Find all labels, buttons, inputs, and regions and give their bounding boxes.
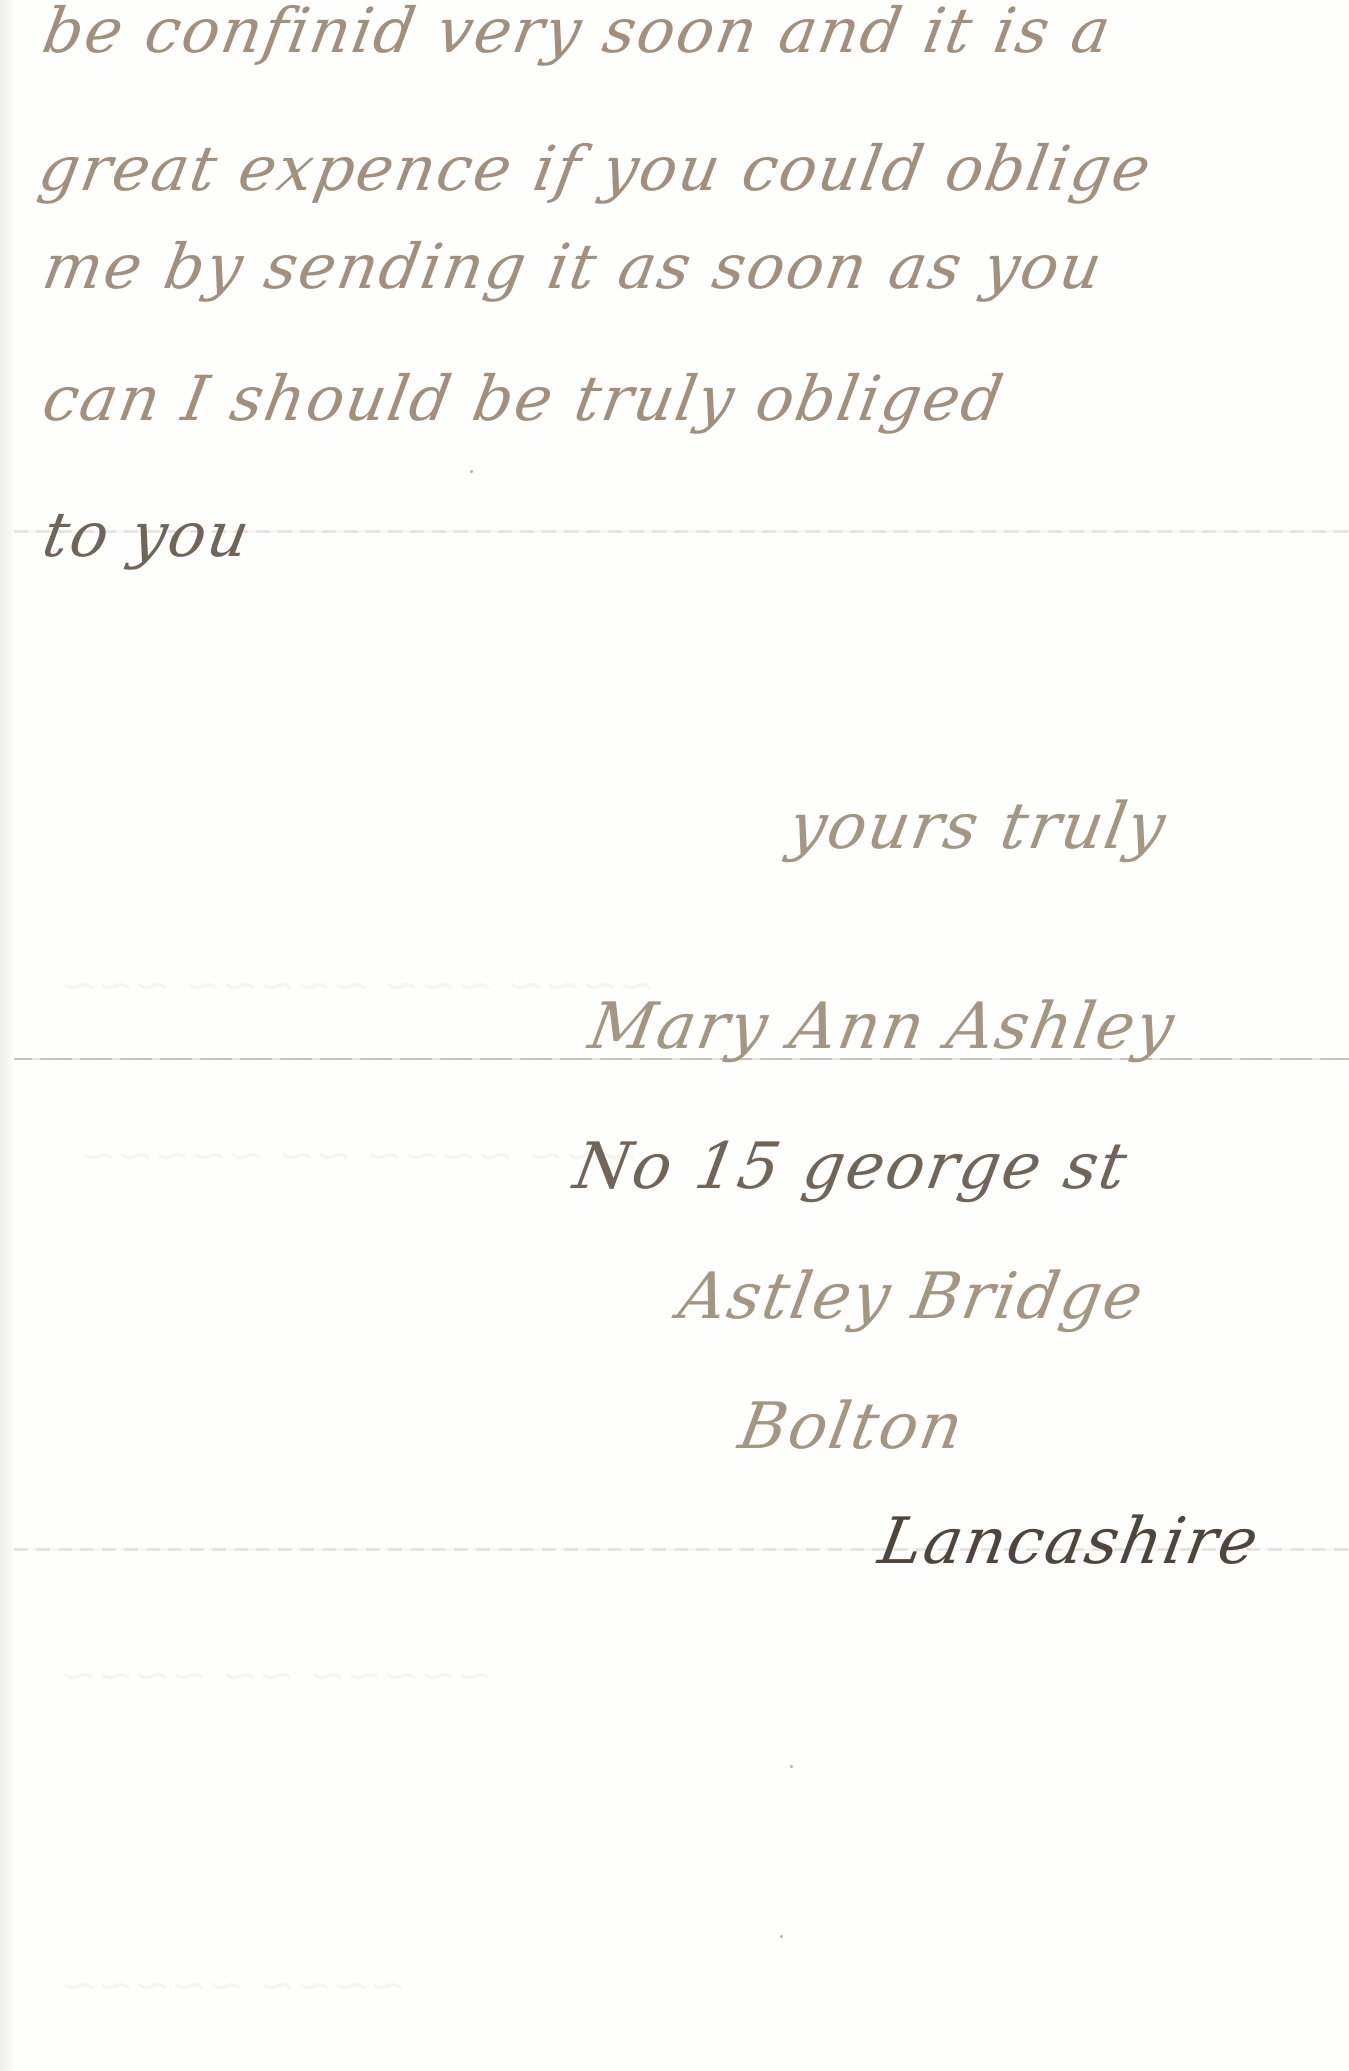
address-county: Lancashire bbox=[873, 1505, 1265, 1579]
paper-speck bbox=[470, 470, 473, 473]
bleed-through-text: ~~~~ ~~~ ~~~~~ ~~~ bbox=[60, 960, 655, 1011]
letter-page: ~~~~ ~~~ ~~~~~ ~~~ ~~~ ~~~~ ~~ ~~~~~ ~~~… bbox=[0, 0, 1349, 2071]
body-line-5: to you bbox=[38, 498, 257, 571]
closing: yours truly bbox=[783, 790, 1172, 864]
bleed-through-text: ~~~~~ ~~ ~~~~ bbox=[60, 1650, 494, 1701]
body-line-3: me by sending it as soon as you bbox=[38, 230, 1110, 303]
bleed-through-text: ~~~~ ~~~~~ bbox=[60, 1960, 406, 2011]
body-line-2: great expence if you could oblige bbox=[34, 132, 1158, 205]
address-town: Bolton bbox=[733, 1390, 970, 1464]
paper-left-edge bbox=[0, 0, 14, 2071]
address-street: No 15 george st bbox=[568, 1130, 1133, 1204]
signature: Mary Ann Ashley bbox=[583, 990, 1181, 1064]
paper-speck bbox=[780, 1935, 783, 1938]
bleed-through-text: ~~~ ~~~~ ~~ ~~~~~ bbox=[80, 1130, 638, 1181]
address-district: Astley Bridge bbox=[673, 1260, 1150, 1334]
body-line-4: can I should be truly obliged bbox=[38, 362, 1011, 435]
body-line-1: be confinid very soon and it is a bbox=[38, 0, 1118, 67]
paper-speck bbox=[790, 1765, 793, 1768]
